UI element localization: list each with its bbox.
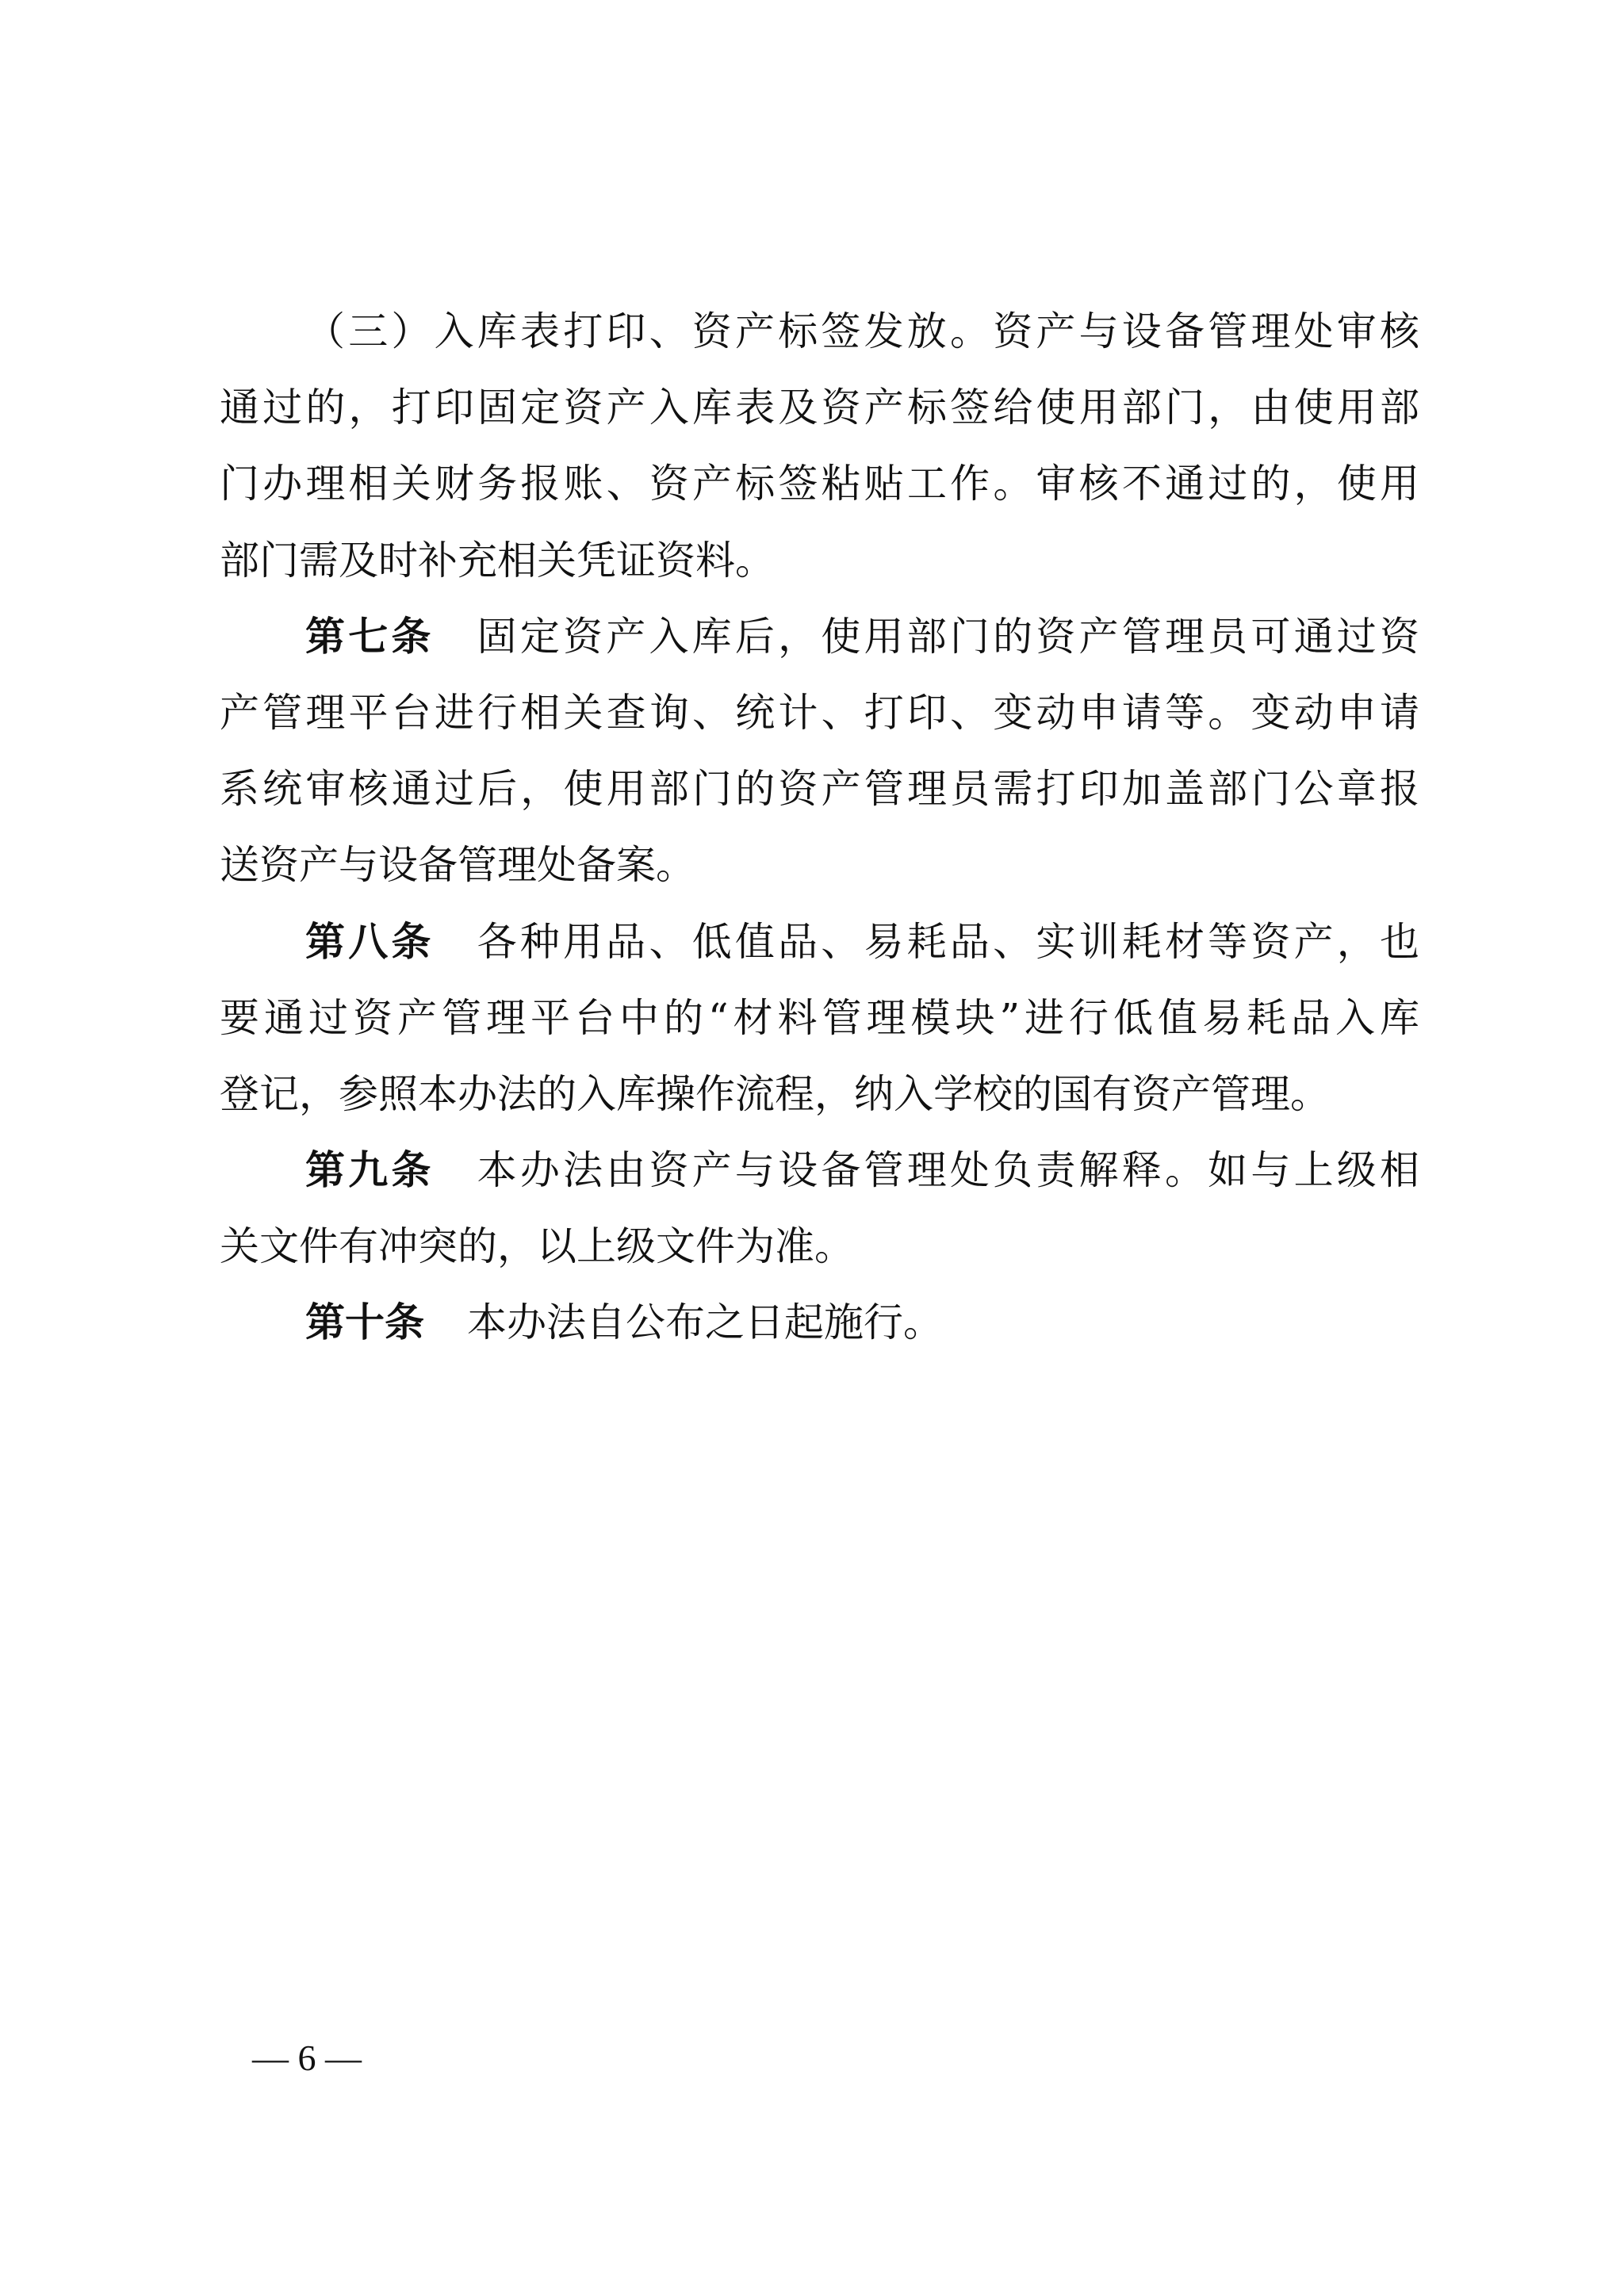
document-body: （三）入库表打印、资产标签发放。资产与设备管理处审核 通过的，打印固定资产入库表… — [220, 301, 1419, 1369]
article-heading: 第九条 — [305, 1147, 435, 1193]
page-number: — 6 — — [252, 2036, 362, 2080]
text-line: 部门需及时补充相关凭证资料。 — [220, 530, 1419, 607]
text-line: 门办理相关财务报账、资产标签粘贴工作。审核不通过的，使用 — [220, 453, 1419, 530]
text-line: 系统审核通过后，使用部门的资产管理员需打印加盖部门公章报 — [220, 759, 1419, 835]
article-8: 第八条各种用品、低值品、易耗品、实训耗材等资产，也 要通过资产管理平台中的“材料… — [220, 912, 1419, 1141]
article-text: 各种用品、低值品、易耗品、实训耗材等资产，也 — [477, 919, 1419, 965]
article-heading: 第十条 — [305, 1299, 424, 1345]
text-line: 登记，参照本办法的入库操作流程，纳入学校的国有资产管理。 — [220, 1064, 1419, 1140]
article-text: 本办法由资产与设备管理处负责解释。如与上级相 — [477, 1147, 1419, 1193]
article-text: 固定资产入库后，使用部门的资产管理员可通过资 — [477, 614, 1419, 660]
text-line: 第八条各种用品、低值品、易耗品、实训耗材等资产，也 — [220, 912, 1419, 988]
text-line: 关文件有冲突的，以上级文件为准。 — [220, 1216, 1419, 1292]
text-line: 要通过资产管理平台中的“材料管理模块”进行低值易耗品入库 — [220, 988, 1419, 1064]
text-line: 第九条本办法由资产与设备管理处负责解释。如与上级相 — [220, 1140, 1419, 1216]
document-page: （三）入库表打印、资产标签发放。资产与设备管理处审核 通过的，打印固定资产入库表… — [0, 0, 1624, 2296]
text-line: 产管理平台进行相关查询、统计、打印、变动申请等。变动申请 — [220, 683, 1419, 759]
article-10: 第十条本办法自公布之日起施行。 — [220, 1292, 1419, 1368]
text-line: 第七条固定资产入库后，使用部门的资产管理员可通过资 — [220, 607, 1419, 683]
text-line: 送资产与设备管理处备案。 — [220, 835, 1419, 911]
article-heading: 第七条 — [305, 614, 435, 660]
article-9: 第九条本办法由资产与设备管理处负责解释。如与上级相 关文件有冲突的，以上级文件为… — [220, 1140, 1419, 1292]
text-line: 通过的，打印固定资产入库表及资产标签给使用部门，由使用部 — [220, 377, 1419, 453]
text-line: 第十条本办法自公布之日起施行。 — [220, 1292, 1419, 1368]
article-text: 本办法自公布之日起施行。 — [467, 1299, 943, 1345]
article-heading: 第八条 — [305, 919, 435, 965]
text-line: （三）入库表打印、资产标签发放。资产与设备管理处审核 — [220, 301, 1419, 377]
article-7: 第七条固定资产入库后，使用部门的资产管理员可通过资 产管理平台进行相关查询、统计… — [220, 607, 1419, 912]
paragraph-item-3: （三）入库表打印、资产标签发放。资产与设备管理处审核 通过的，打印固定资产入库表… — [220, 301, 1419, 607]
